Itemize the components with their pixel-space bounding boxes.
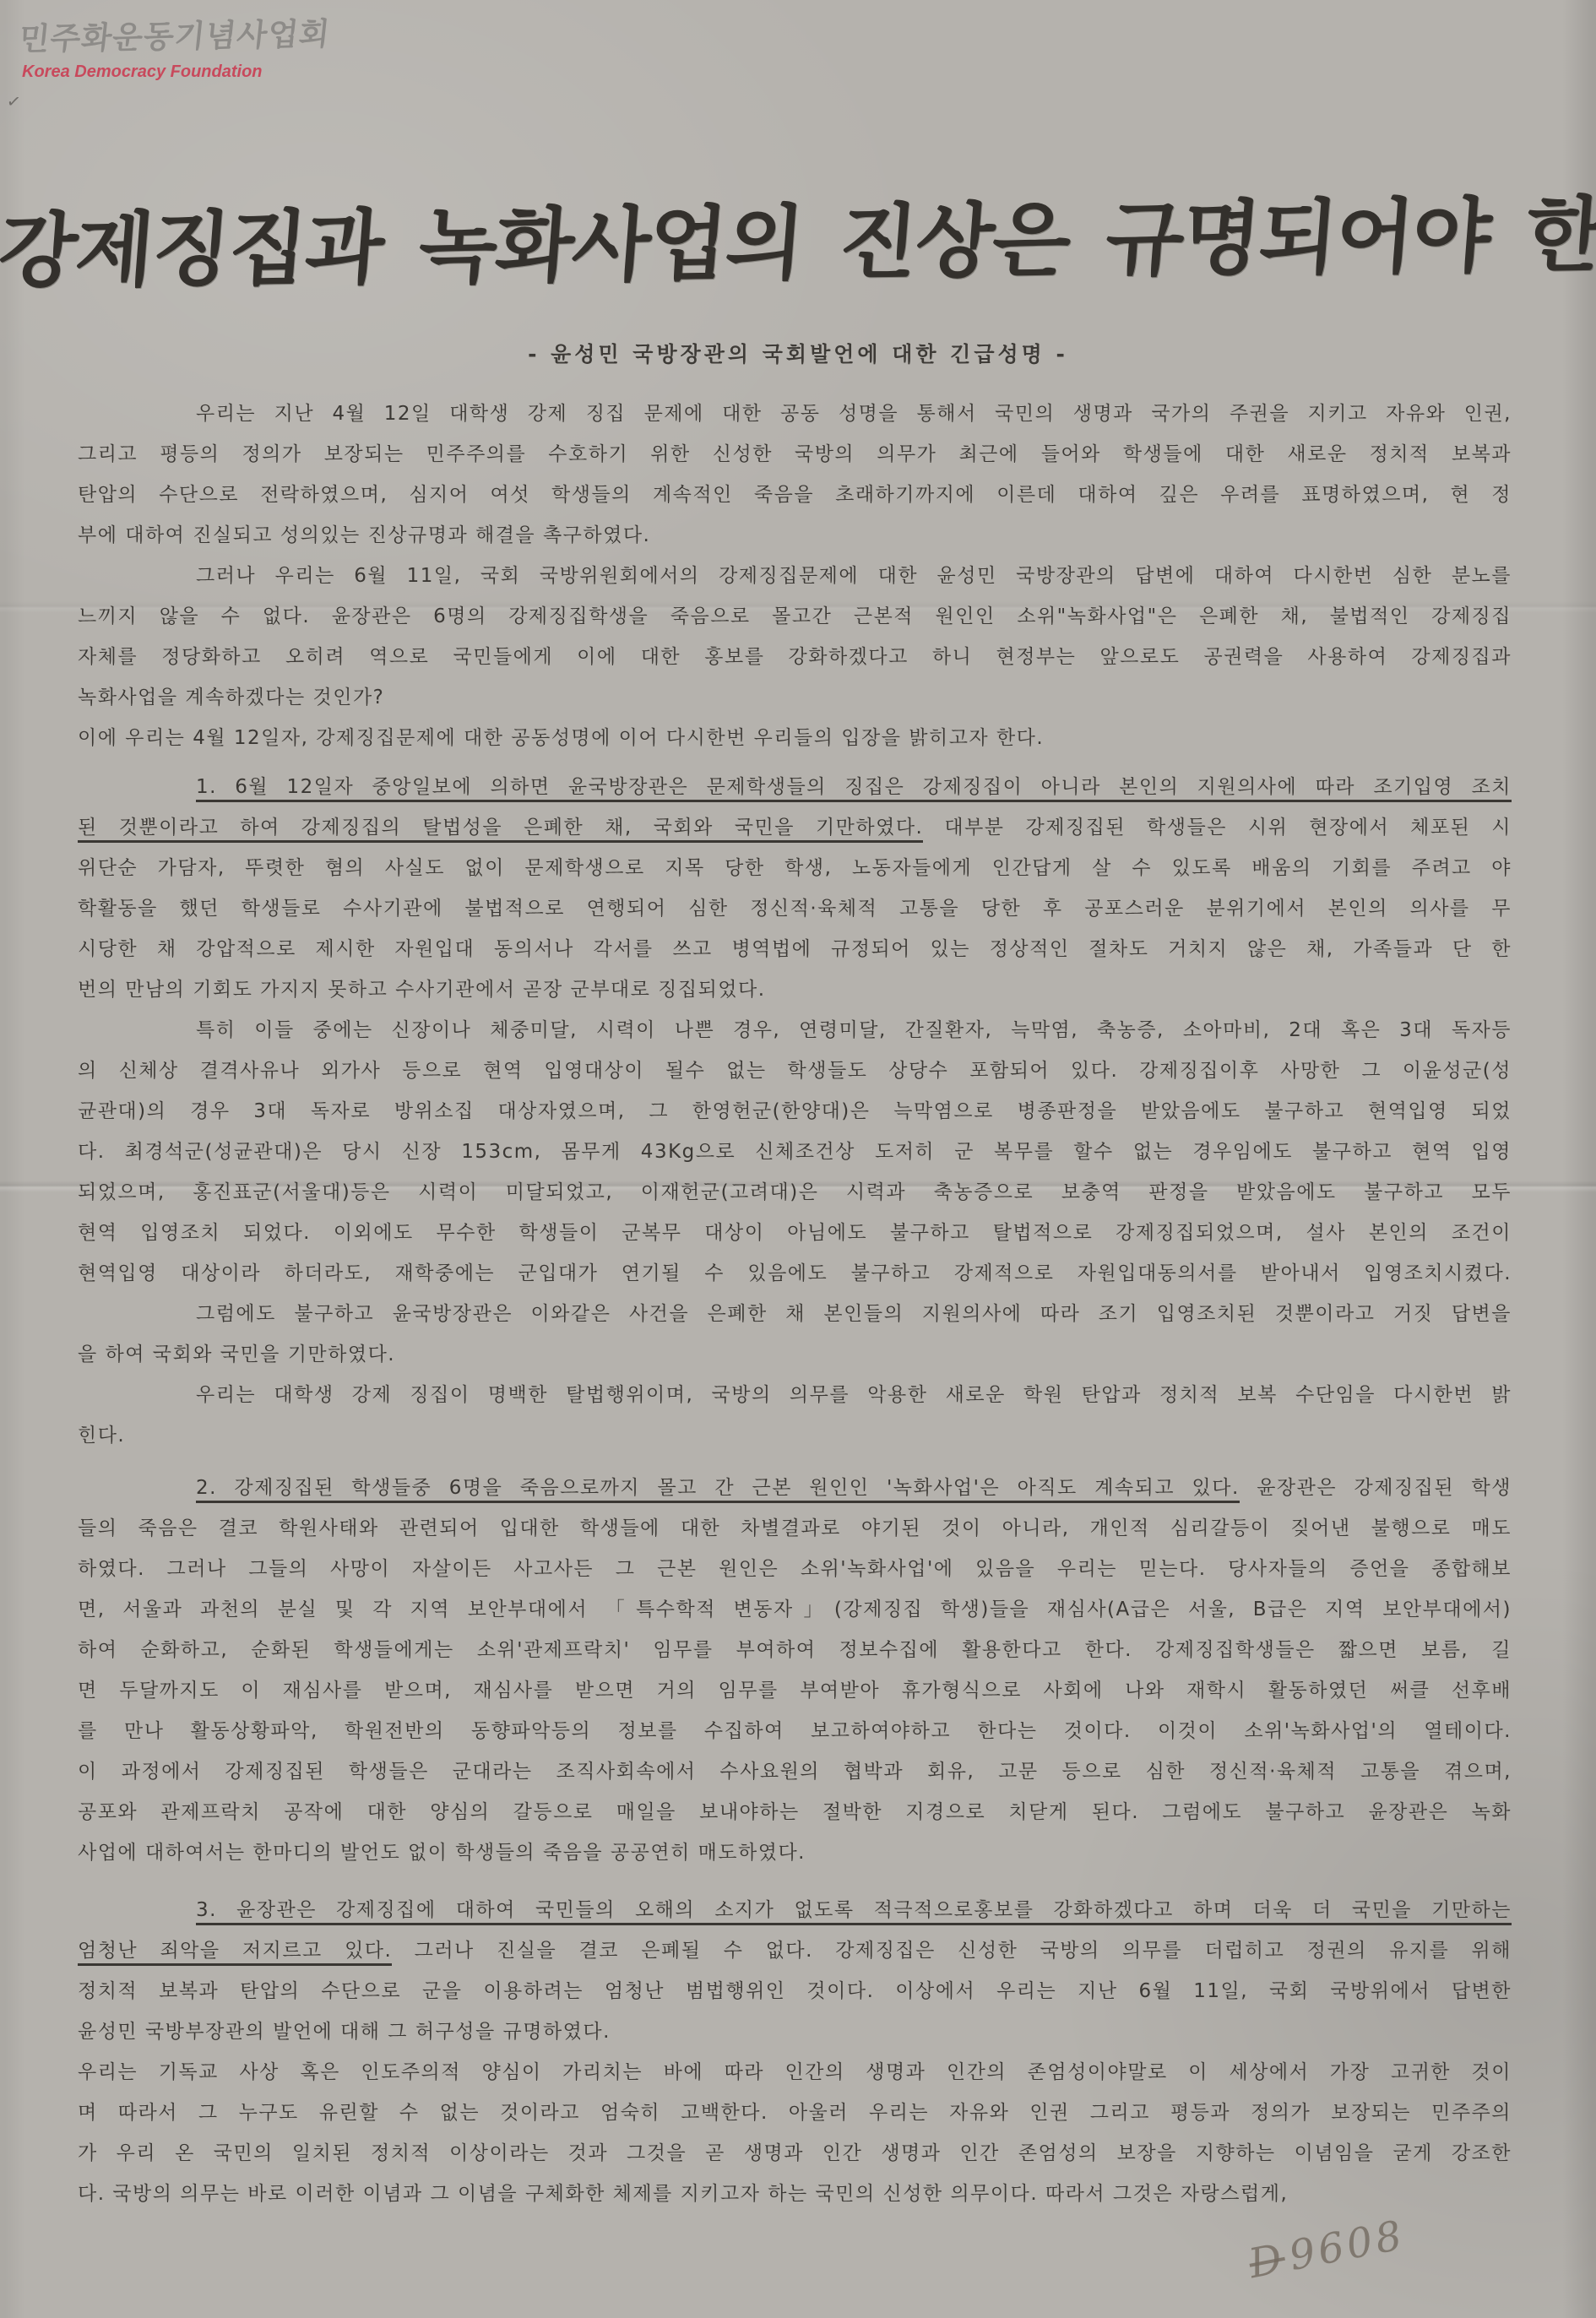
body-text: 탄압의 수단으로 전락하였으며, 심지어 여섯 학생들의 계속적인 죽음을 초래… xyxy=(78,484,1512,506)
body-text: 사업에 대하여서는 한마디의 발언도 없이 학생들의 죽음을 공공연히 매도하였… xyxy=(78,1842,806,1864)
body-text: 을 하여 국회와 국민을 기만하였다. xyxy=(78,1344,395,1365)
document-line: 위단순 가담자, 뚜렷한 혐의 사실도 없이 문제학생으로 지목 당한 학생, … xyxy=(78,848,1512,888)
document-line: 그럼에도 불구하고 윤국방장관은 이와같은 사건을 은폐한 채 본인들의 지원의… xyxy=(78,1294,1512,1334)
document-line: 우리는 기독교 사상 혹은 인도주의적 양심이 가리치는 바에 따라 인간의 생… xyxy=(78,2052,1512,2093)
underlined-text: 엄청난 죄악을 저지르고 있다. xyxy=(78,1940,392,1966)
body-text: 느끼지 않을 수 없다. 윤장관은 6명의 강제징집학생을 죽음으로 몰고간 근… xyxy=(78,605,1512,627)
document-line: 이에 우리는 4월 12일자, 강제징집문제에 대한 공동성명에 이어 다시한번… xyxy=(78,718,1512,758)
pencil-check-mark: ✓ xyxy=(5,90,22,112)
document-line: 현역 입영조치 되었다. 이외에도 무수한 학생들이 군복무 대상이 아님에도 … xyxy=(78,1213,1512,1253)
body-text: 를 만나 활동상황파악, 학원전반의 동향파악등의 정보를 수집하여 보고하여야… xyxy=(78,1720,1512,1742)
body-text: 정치적 보복과 탄압의 수단으로 군을 이용하려는 엄청난 범법행위인 것이다.… xyxy=(78,1980,1512,2002)
document-line: 번의 만남의 기회도 가지지 못하고 수사기관에서 곧장 군부대로 징집되었다. xyxy=(78,969,1512,1010)
document-line: 을 하여 국회와 국민을 기만하였다. xyxy=(78,1334,1512,1375)
document-line: 공포와 관제프락치 공작에 대한 양심의 갈등으로 매일을 보내야하는 절박한 … xyxy=(78,1792,1512,1832)
body-text: 하여 순화하고, 순화된 학생들에게는 소위'관제프락치' 임무를 부여하여 정… xyxy=(78,1639,1512,1661)
body-text: 다. 최경석군(성균관대)은 당시 신장 153cm, 몸무게 43Kg으로 신… xyxy=(78,1141,1512,1163)
body-text: 그러나 진실을 결코 은폐될 수 없다. 강제징집은 신성한 국방의 의무를 더… xyxy=(392,1940,1512,1962)
body-text: 의 신체상 결격사유나 외가사 등으로 현역 입영대상이 될수 없는 학생들도 … xyxy=(78,1060,1512,1082)
body-text: 시당한 채 강압적으로 제시한 자원입대 동의서나 각서를 쓰고 병역법에 규정… xyxy=(78,938,1512,960)
document-line: 시당한 채 강압적으로 제시한 자원입대 동의서나 각서를 쓰고 병역법에 규정… xyxy=(78,929,1512,969)
archive-logo-english: Korea Democracy Foundation xyxy=(22,62,332,82)
document-line: 탄압의 수단으로 전락하였으며, 심지어 여섯 학생들의 계속적인 죽음을 초래… xyxy=(78,475,1512,515)
document-line: 사업에 대하여서는 한마디의 발언도 없이 학생들의 죽음을 공공연히 매도하였… xyxy=(78,1832,1512,1873)
body-text: 우리는 기독교 사상 혹은 인도주의적 양심이 가리치는 바에 따라 인간의 생… xyxy=(78,2061,1512,2083)
body-text: 자체를 정당화하고 오히려 역으로 국민들에게 이에 대한 홍보를 강화하겠다고… xyxy=(78,646,1512,668)
underlined-text: 3. 윤장관은 강제징집에 대하여 국민들의 오해의 소지가 없도록 적극적으로… xyxy=(196,1899,1512,1925)
body-text: 윤장관은 강제징집된 학생 xyxy=(1240,1477,1512,1499)
document-line: 1. 6월 12일자 중앙일보에 의하면 윤국방장관은 문제학생들의 징집은 강… xyxy=(78,767,1512,807)
document-line: 정치적 보복과 탄압의 수단으로 군을 이용하려는 엄청난 범법행위인 것이다.… xyxy=(78,1971,1512,2011)
document-line: 2. 강제징집된 학생들중 6명을 죽음으로까지 몰고 간 근본 원인인 '녹화… xyxy=(78,1468,1512,1508)
document-line: 균관대)의 경우 3대 독자로 방위소집 대상자였으며, 그 한영헌군(한양대)… xyxy=(78,1091,1512,1132)
document-line: 다. 국방의 의무는 바로 이러한 이념과 그 이념을 구체화한 체제를 지키고… xyxy=(78,2174,1512,2214)
handwritten-number: 9608 xyxy=(1285,2212,1409,2280)
document-line: 며 따라서 그 누구도 유린할 수 없는 것이라고 엄숙히 고백한다. 아울러 … xyxy=(78,2093,1512,2133)
body-text: 위단순 가담자, 뚜렷한 혐의 사실도 없이 문제학생으로 지목 당한 학생, … xyxy=(78,857,1512,879)
body-text: 우리는 대학생 강제 징집이 명백한 탈법행위이며, 국방의 의무를 악용한 새… xyxy=(196,1384,1512,1406)
document-body: 우리는 지난 4월 12일 대학생 강제 징집 문제에 대한 공동 성명을 통해… xyxy=(78,394,1512,2214)
handwritten-prefix: D xyxy=(1245,2234,1289,2288)
document-title: 강제징집과 녹화사업의 진상은 규명되어야 한다 xyxy=(0,171,1596,303)
body-text: 이에 우리는 4월 12일자, 강제징집문제에 대한 공동성명에 이어 다시한번… xyxy=(78,727,1044,749)
document-line: 엄청난 죄악을 저지르고 있다. 그러나 진실을 결코 은폐될 수 없다. 강제… xyxy=(78,1930,1512,1971)
body-text: 하였다. 그러나 그들의 사망이 자살이든 사고사든 그 근본 원인은 소위'녹… xyxy=(78,1558,1512,1580)
document-line: 부에 대하여 진실되고 성의있는 진상규명과 해결을 촉구하였다. xyxy=(78,515,1512,556)
document-line: 학활동을 했던 학생들로 수사기관에 불법적으로 연행되어 심한 정신적·육체적… xyxy=(78,888,1512,929)
body-text: 녹화사업을 계속하겠다는 것인가? xyxy=(78,687,384,708)
document-line: 그러나 우리는 6월 11일, 국회 국방위원회에서의 강제징집문제에 대한 윤… xyxy=(78,556,1512,596)
body-text: 특히 이들 중에는 신장이나 체중미달, 시력이 나쁜 경우, 연령미달, 간질… xyxy=(196,1019,1512,1041)
archive-logo-korean: 민주화운동기념사업회 xyxy=(17,8,333,59)
body-text: 들의 죽음은 결코 학원사태와 관련되어 입대한 학생들에 대한 차별결과로 야… xyxy=(78,1517,1512,1539)
handwritten-catalog-number: D9608 xyxy=(1245,2212,1409,2288)
document-line: 를 만나 활동상황파악, 학원전반의 동향파악등의 정보를 수집하여 보고하여야… xyxy=(78,1711,1512,1751)
document-line: 하였다. 그러나 그들의 사망이 자살이든 사고사든 그 근본 원인은 소위'녹… xyxy=(78,1549,1512,1589)
body-text: 현역입영 대상이라 하더라도, 재학중에는 군입대가 연기될 수 있음에도 불구… xyxy=(78,1262,1512,1284)
document-line: 되었으며, 홍진표군(서울대)등은 시력이 미달되었고, 이재헌군(고려대)은 … xyxy=(78,1172,1512,1213)
body-text: 그럼에도 불구하고 윤국방장관은 이와같은 사건을 은폐한 채 본인들의 지원의… xyxy=(196,1303,1512,1325)
document-line: 하여 순화하고, 순화된 학생들에게는 소위'관제프락치' 임무를 부여하여 정… xyxy=(78,1630,1512,1670)
body-text: 번의 만남의 기회도 가지지 못하고 수사기관에서 곧장 군부대로 징집되었다. xyxy=(78,979,766,1001)
document-line: 힌다. xyxy=(78,1415,1512,1456)
body-text: 우리는 지난 4월 12일 대학생 강제 징집 문제에 대한 공동 성명을 통해… xyxy=(196,403,1512,425)
body-text: 다. 국방의 의무는 바로 이러한 이념과 그 이념을 구체화한 체제를 지키고… xyxy=(78,2183,1288,2205)
document-line: 녹화사업을 계속하겠다는 것인가? xyxy=(78,677,1512,718)
document-line: 된 것뿐이라고 하여 강제징집의 탈법성을 은폐한 채, 국회와 국민을 기만하… xyxy=(78,807,1512,848)
document-line: 면 두달까지도 이 재심사를 받으며, 재심사를 받으면 거의 임무를 부여받아… xyxy=(78,1670,1512,1711)
body-text: 면 두달까지도 이 재심사를 받으며, 재심사를 받으면 거의 임무를 부여받아… xyxy=(78,1680,1512,1702)
body-text: 부에 대하여 진실되고 성의있는 진상규명과 해결을 촉구하였다. xyxy=(78,524,650,546)
document-line: 면, 서울과 과천의 분실 및 각 지역 보안부대에서 「특수학적 변동자」(강… xyxy=(78,1589,1512,1630)
underlined-text: 2. 강제징집된 학생들중 6명을 죽음으로까지 몰고 간 근본 원인인 '녹화… xyxy=(196,1477,1240,1503)
body-text: 학활동을 했던 학생들로 수사기관에 불법적으로 연행되어 심한 정신적·육체적… xyxy=(78,898,1512,920)
body-text: 그러나 우리는 6월 11일, 국회 국방위원회에서의 강제징집문제에 대한 윤… xyxy=(196,565,1512,587)
document-line: 의 신체상 결격사유나 외가사 등으로 현역 입영대상이 될수 없는 학생들도 … xyxy=(78,1050,1512,1091)
body-text: 현역 입영조치 되었다. 이외에도 무수한 학생들이 군복무 대상이 아님에도 … xyxy=(78,1222,1512,1244)
document-line: 들의 죽음은 결코 학원사태와 관련되어 입대한 학생들에 대한 차별결과로 야… xyxy=(78,1508,1512,1549)
body-text: 가 우리 온 국민의 일치된 정치적 이상이라는 것과 그것을 곧 생명과 인간… xyxy=(78,2142,1512,2164)
document-line: 윤성민 국방부장관의 발언에 대해 그 허구성을 규명하였다. xyxy=(78,2011,1512,2052)
body-text: 며 따라서 그 누구도 유린할 수 없는 것이라고 엄숙히 고백한다. 아울러 … xyxy=(78,2102,1512,2124)
document-line: 다. 최경석군(성균관대)은 당시 신장 153cm, 몸무게 43Kg으로 신… xyxy=(78,1132,1512,1172)
document-subtitle: - 윤성민 국방장관의 국회발언에 대한 긴급성명 - xyxy=(0,338,1596,368)
document-line: 특히 이들 중에는 신장이나 체중미달, 시력이 나쁜 경우, 연령미달, 간질… xyxy=(78,1010,1512,1050)
body-text: 대부분 강제징집된 학생들은 시위 현장에서 체포된 시 xyxy=(923,817,1512,839)
document-line: 이 과정에서 강제징집된 학생들은 군대라는 조직사회속에서 수사요원의 협박과… xyxy=(78,1751,1512,1792)
underlined-text: 1. 6월 12일자 중앙일보에 의하면 윤국방장관은 문제학생들의 징집은 강… xyxy=(196,776,1512,802)
underlined-text: 된 것뿐이라고 하여 강제징집의 탈법성을 은폐한 채, 국회와 국민을 기만하… xyxy=(78,817,923,843)
body-text: 윤성민 국방부장관의 발언에 대해 그 허구성을 규명하였다. xyxy=(78,2021,611,2043)
body-text: 면, 서울과 과천의 분실 및 각 지역 보안부대에서 「특수학적 변동자」(강… xyxy=(78,1599,1512,1620)
document-line: 3. 윤장관은 강제징집에 대하여 국민들의 오해의 소지가 없도록 적극적으로… xyxy=(78,1890,1512,1930)
document-line: 가 우리 온 국민의 일치된 정치적 이상이라는 것과 그것을 곧 생명과 인간… xyxy=(78,2133,1512,2174)
document-line: 현역입영 대상이라 하더라도, 재학중에는 군입대가 연기될 수 있음에도 불구… xyxy=(78,1253,1512,1294)
body-text: 되었으며, 홍진표군(서울대)등은 시력이 미달되었고, 이재헌군(고려대)은 … xyxy=(78,1181,1512,1203)
body-text: 공포와 관제프락치 공작에 대한 양심의 갈등으로 매일을 보내야하는 절박한 … xyxy=(78,1801,1512,1823)
body-text: 힌다. xyxy=(78,1425,125,1447)
document-line: 우리는 대학생 강제 징집이 명백한 탈법행위이며, 국방의 의무를 악용한 새… xyxy=(78,1375,1512,1415)
body-text: 이 과정에서 강제징집된 학생들은 군대라는 조직사회속에서 수사요원의 협박과… xyxy=(78,1761,1512,1783)
document-line: 우리는 지난 4월 12일 대학생 강제 징집 문제에 대한 공동 성명을 통해… xyxy=(78,394,1512,434)
document-line: 자체를 정당화하고 오히려 역으로 국민들에게 이에 대한 홍보를 강화하겠다고… xyxy=(78,637,1512,677)
archive-logo: 민주화운동기념사업회 Korea Democracy Foundation xyxy=(22,14,332,82)
scanned-document-page: 민주화운동기념사업회 Korea Democracy Foundation ✓ … xyxy=(0,0,1596,2318)
body-text: 균관대)의 경우 3대 독자로 방위소집 대상자였으며, 그 한영헌군(한양대)… xyxy=(78,1100,1512,1122)
document-line: 그리고 평등의 정의가 보장되는 민주주의를 수호하기 위한 신성한 국방의 의… xyxy=(78,434,1512,475)
document-line: 느끼지 않을 수 없다. 윤장관은 6명의 강제징집학생을 죽음으로 몰고간 근… xyxy=(78,596,1512,637)
body-text: 그리고 평등의 정의가 보장되는 민주주의를 수호하기 위한 신성한 국방의 의… xyxy=(78,443,1512,465)
